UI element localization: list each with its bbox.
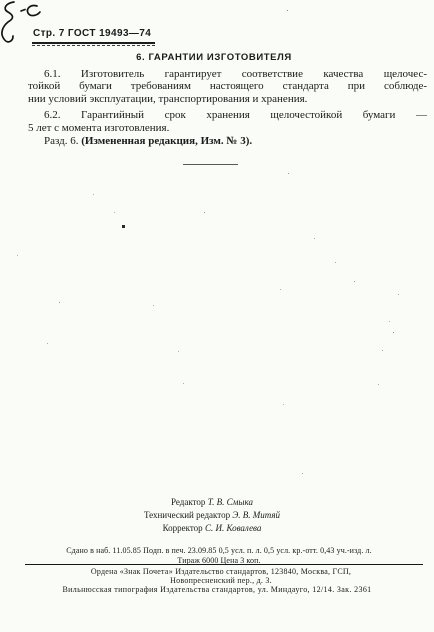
page-header: Стр. 7 ГОСТ 19493—74 [32,23,155,46]
imprint-block: Сдано в наб. 11.05.85 Подп. в печ. 23.09… [15,546,423,565]
razd-6-prefix: Разд. 6. [44,135,81,147]
document-page: Стр. 7 ГОСТ 19493—74 6. ГАРАНТИИ ИЗГОТОВ… [0,0,434,632]
paragraph-razd-6: Разд. 6. (Измененная редакция, Изм. № 3)… [28,135,427,147]
body-text: 6.1. Изготовитель гарантирует соответств… [28,68,427,147]
tech-editor-label: Технический редактор [144,510,230,520]
editor-name: Т. В. Смыка [208,497,253,507]
corrector-label: Корректор [163,523,203,533]
credits-block: Редактор Т. В. Смыка Технический редакто… [0,496,424,536]
paragraph-6-2-line: 5 лет с момента изготовления. [28,122,427,134]
editor-credit: Редактор Т. В. Смыка [0,496,424,509]
razd-6-amendment: (Измененная редакция, Изм. № 3). [81,135,252,147]
paragraph-6-2-line: 6.2. Гарантийный срок хранения щелочесто… [28,109,427,121]
tech-editor-credit: Технический редактор Э. В. Митяй [0,509,424,522]
section-end-divider [183,164,238,165]
imprint-typeset-line: Сдано в наб. 11.05.85 Подп. в печ. 23.09… [15,546,423,556]
publisher-block: Ордена «Знак Почета» Издательство станда… [18,568,424,585]
scan-noise-specks [0,0,1,1]
paragraph-6-1-line: тойкой бумаги требованиям настоящего ста… [28,80,427,92]
printer-line: Вильнюсская типография Издательства стан… [0,585,434,594]
paragraph-6-1-line: нии условий эксплуатации, транспортирова… [28,93,427,105]
editor-label: Редактор [171,497,205,507]
corrector-name: С. И. Ковалева [205,523,261,533]
tech-editor-name: Э. В. Митяй [232,510,280,520]
corrector-credit: Корректор С. И. Ковалева [0,522,424,535]
publisher-line: Новопресненский пер., д. 3. [18,577,424,586]
paragraph-6-1-line: 6.1. Изготовитель гарантирует соответств… [28,68,427,80]
section-heading: 6. ГАРАНТИИ ИЗГОТОВИТЕЛЯ [28,52,400,63]
imprint-rule [25,564,423,565]
page-header-underline [32,45,155,46]
page-header-label: Стр. 7 ГОСТ 19493—74 [32,28,155,44]
